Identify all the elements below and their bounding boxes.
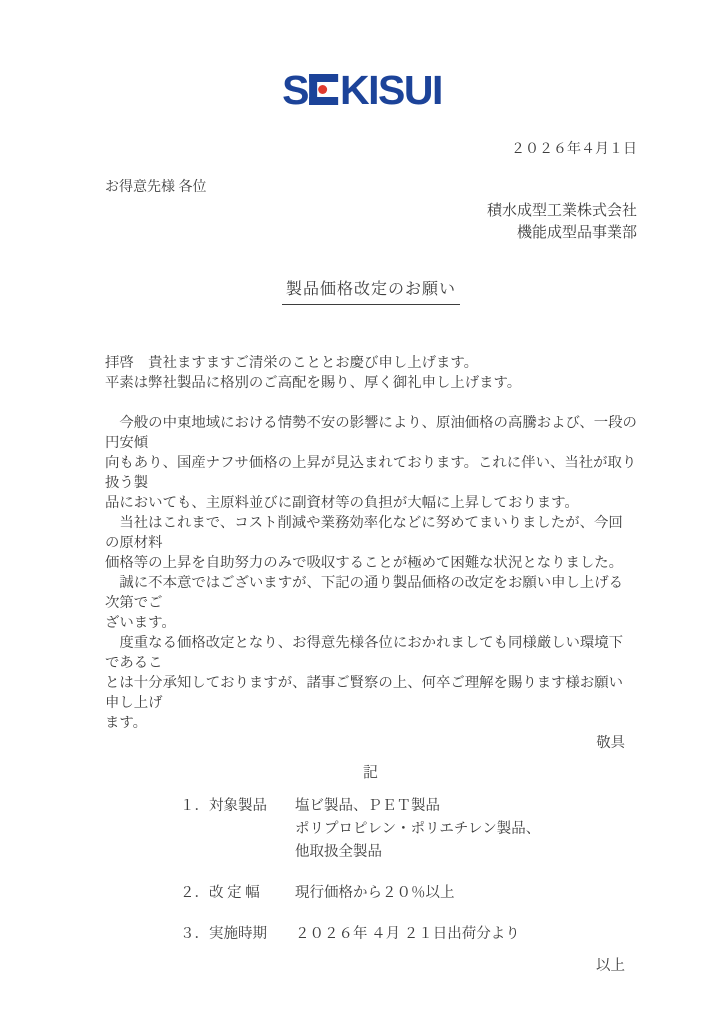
body-line: ます。 (105, 713, 637, 733)
body-line: ざいます。 (105, 613, 637, 633)
body-line: 度重なる価格改定となり、お得意先様各位におかれましても同様厳しい環境下であるこ (105, 633, 637, 673)
item-value: ２０２６年 ４月 ２１日出荷分より (295, 923, 637, 946)
body-line: 品においても、主原料並びに副資材等の負担が大幅に上昇しております。 (105, 493, 637, 513)
item-label: ３．実施時期 (180, 923, 295, 946)
logo-e-red-dot-icon (309, 74, 338, 105)
logo-letter-s: S (282, 70, 308, 111)
letter-body: 拝啓 貴社ますますご清栄のこととお慶び申し上げます。 平素は弊社製品に格別のご高… (105, 353, 637, 733)
document-title: 製品価格改定のお願い (282, 278, 460, 305)
letter-page: SKISUI ２０２６年４月１日 お得意先様 各位 積水成型工業株式会社 機能成… (0, 0, 724, 1024)
notice-items: １．対象製品 塩ビ製品、ＰＥＴ製品 ポリプロピレン・ポリエチレン製品、 他取扱全… (105, 795, 637, 946)
body-line: とは十分承知しておりますが、諸事ご賢察の上、何卒ご理解を賜ります様お願い申し上げ (105, 673, 637, 713)
body-line: 拝啓 貴社ますますご清栄のこととお慶び申し上げます。 (105, 353, 637, 373)
item-value: 現行価格から２０％以上 (295, 882, 637, 905)
title-row: 製品価格改定のお願い (105, 278, 637, 305)
sender-division: 機能成型品事業部 (105, 222, 637, 244)
addressee: お得意先様 各位 (105, 178, 637, 198)
notice-item-revision-range: ２．改 定 幅 現行価格から２０％以上 (105, 882, 637, 905)
item-value: 他取扱全製品 (295, 841, 637, 864)
record-heading-ki: 記 (105, 761, 637, 785)
notice-item-effective-date: ３．実施時期 ２０２６年 ４月 ２１日出荷分より (105, 923, 637, 946)
item-values: 現行価格から２０％以上 (295, 882, 637, 905)
sender-block: 積水成型工業株式会社 機能成型品事業部 (105, 200, 637, 244)
notice-item-products: １．対象製品 塩ビ製品、ＰＥＴ製品 ポリプロピレン・ポリエチレン製品、 他取扱全… (105, 795, 637, 864)
body-line: 今般の中東地域における情勢不安の影響により、原油価格の高騰および、一段の円安傾 (105, 413, 637, 453)
item-values: ２０２６年 ４月 ２１日出荷分より (295, 923, 637, 946)
item-values: 塩ビ製品、ＰＥＴ製品 ポリプロピレン・ポリエチレン製品、 他取扱全製品 (295, 795, 637, 864)
item-label: １．対象製品 (180, 795, 295, 818)
body-line: 誠に不本意ではございますが、下記の通り製品価格の改定をお願い申し上げる次第でご (105, 573, 637, 613)
body-line-blank (105, 393, 637, 413)
logo-letters-kisui: KISUI (340, 70, 442, 111)
sender-company: 積水成型工業株式会社 (105, 200, 637, 222)
sekisui-logo: SKISUI (282, 70, 442, 111)
body-line: 向もあり、国産ナフサ価格の上昇が見込まれております。これに伴い、当社が取り扱う製 (105, 453, 637, 493)
body-line: 平素は弊社製品に格別のご高配を賜り、厚く御礼申し上げます。 (105, 373, 637, 393)
item-value: 塩ビ製品、ＰＥＴ製品 (295, 795, 637, 818)
closing-keigu: 敬具 (105, 733, 637, 753)
item-value: ポリプロピレン・ポリエチレン製品、 (295, 818, 637, 841)
body-line: 価格等の上昇を自助努力のみで吸収することが極めて困難な状況となりました。 (105, 553, 637, 573)
body-line: 当社はこれまで、コスト削減や業務効率化などに努めてまいりましたが、今回の原材料 (105, 513, 637, 553)
item-label: ２．改 定 幅 (180, 882, 295, 905)
end-mark-ijou: 以上 (105, 956, 637, 976)
